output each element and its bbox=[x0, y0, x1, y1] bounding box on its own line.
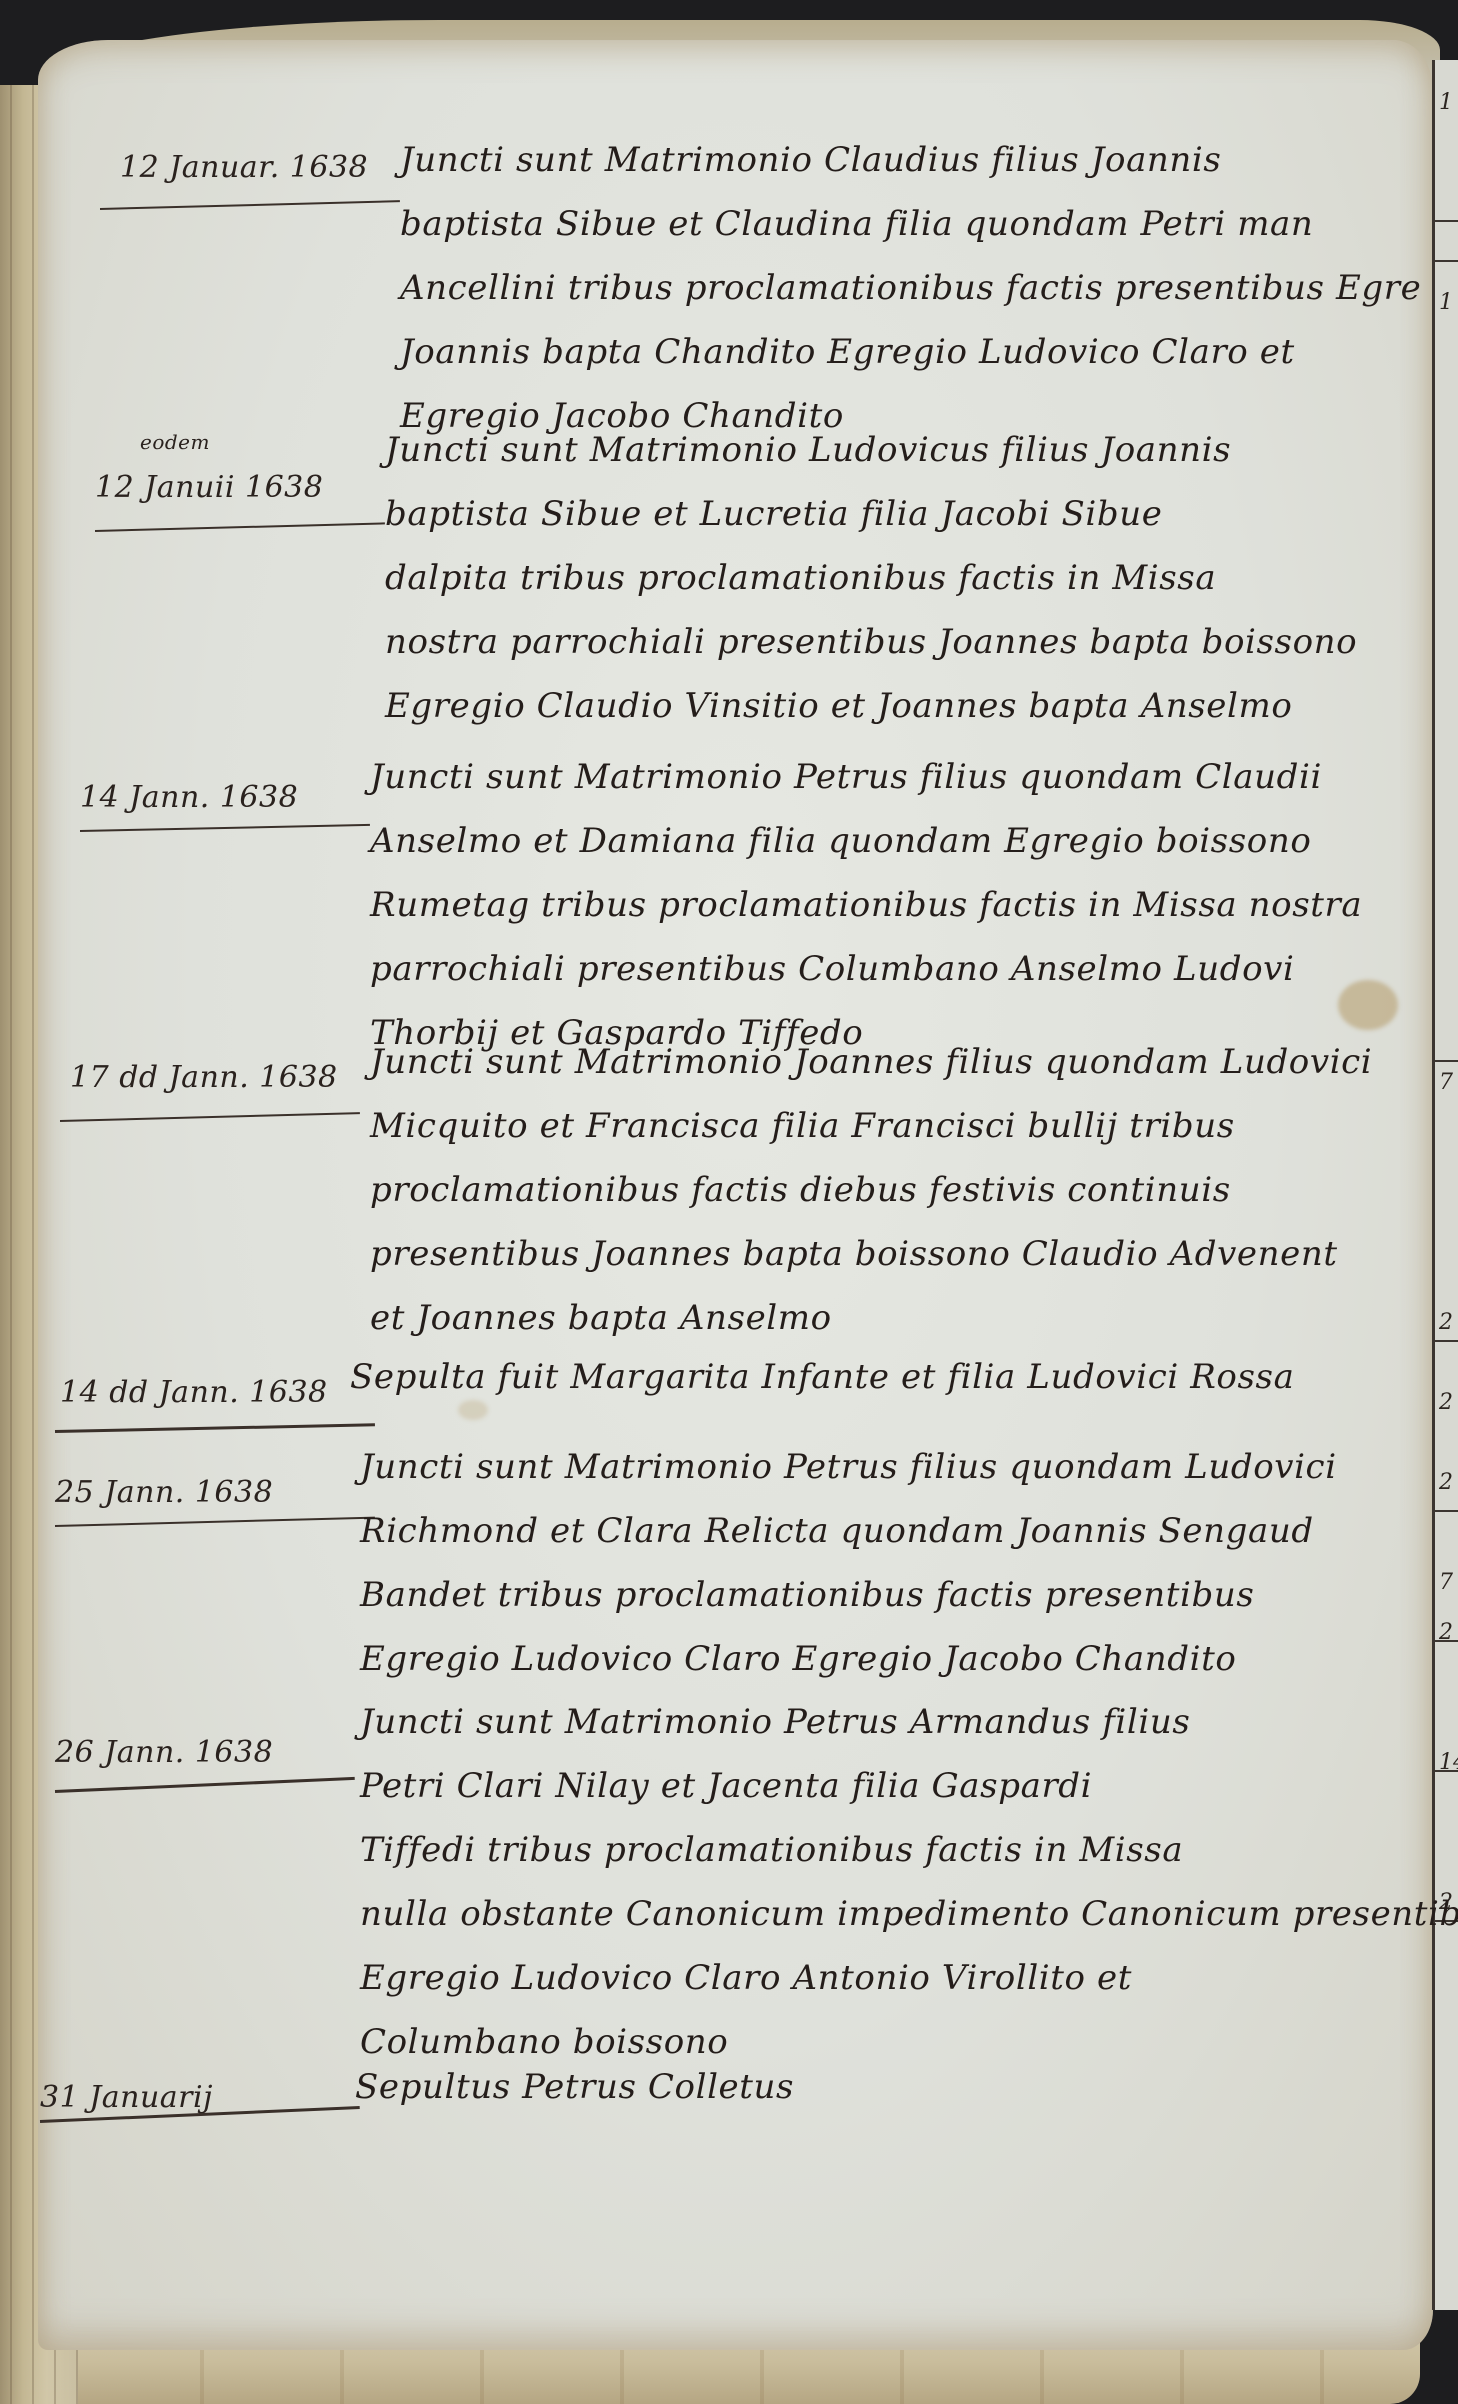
entry-line: Richmond et Clara Relicta quondam Joanni… bbox=[360, 1499, 1440, 1563]
entry-line: Tiffedi tribus proclamationibus factis i… bbox=[360, 1818, 1440, 1882]
entry-line: Egregio Ludovico Claro Egregio Jacobo Ch… bbox=[360, 1627, 1440, 1691]
entry-line: Juncti sunt Matrimonio Petrus filius quo… bbox=[370, 745, 1450, 809]
entry-line: et Joannes bapta Anselmo bbox=[370, 1286, 1450, 1350]
entry-date: 14 dd Jann. 1638 bbox=[60, 1375, 370, 1410]
entry-line: Juncti sunt Matrimonio Petrus Armandus f… bbox=[360, 1690, 1440, 1754]
scanned-register-page: 1 1 7 2 2 2 7 2 14 2 12 Januar. 1638 Jun… bbox=[0, 0, 1458, 2404]
entry-text: Juncti sunt Matrimonio Ludovicus filius … bbox=[385, 418, 1458, 738]
entry-text: Juncti sunt Matrimonio Joannes filius qu… bbox=[370, 1030, 1450, 1350]
entry-line: presentibus Joannes bapta boissono Claud… bbox=[370, 1222, 1450, 1286]
entry-date: 12 Januii 1638 bbox=[95, 470, 405, 505]
entry-text: Juncti sunt Matrimonio Claudius filius J… bbox=[400, 128, 1458, 448]
entry-date: 26 Jann. 1638 bbox=[55, 1735, 365, 1770]
entry-line: Juncti sunt Matrimonio Claudius filius J… bbox=[400, 128, 1458, 192]
adjacent-page-mark: 7 bbox=[1439, 1570, 1453, 1595]
entry-line: baptista Sibue et Claudina filia quondam… bbox=[400, 192, 1458, 256]
entry-line: parrochiali presentibus Columbano Anselm… bbox=[370, 937, 1450, 1001]
entry-date: 14 Jann. 1638 bbox=[80, 780, 390, 815]
entry-line: Bandet tribus proclamationibus factis pr… bbox=[360, 1563, 1440, 1627]
entry-text: Juncti sunt Matrimonio Petrus filius quo… bbox=[360, 1435, 1440, 1691]
entry-line: Joannis bapta Chandito Egregio Ludovico … bbox=[400, 320, 1458, 384]
entry-line: dalpita tribus proclamationibus factis i… bbox=[385, 546, 1458, 610]
entry-date: 17 dd Jann. 1638 bbox=[70, 1060, 380, 1095]
entry-line: Anselmo et Damiana filia quondam Egregio… bbox=[370, 809, 1450, 873]
entry-line: Sepulta fuit Margarita Infante et filia … bbox=[350, 1345, 1430, 1409]
adjacent-page-mark: 2 bbox=[1439, 1390, 1453, 1415]
entry-line: nulla obstante Canonicum impedimento Can… bbox=[360, 1882, 1440, 1946]
entry-line: Juncti sunt Matrimonio Ludovicus filius … bbox=[385, 418, 1458, 482]
entry-line: proclamationibus factis diebus festivis … bbox=[370, 1158, 1450, 1222]
entry-date: 25 Jann. 1638 bbox=[55, 1475, 365, 1510]
entry-date: 12 Januar. 1638 bbox=[120, 150, 430, 185]
entry-text: Sepulta fuit Margarita Infante et filia … bbox=[350, 1345, 1430, 1409]
entry-line: Sepultus Petrus Colletus bbox=[355, 2055, 1435, 2119]
entry-text: Sepultus Petrus Colletus bbox=[355, 2055, 1435, 2119]
entry-text: Juncti sunt Matrimonio Petrus filius quo… bbox=[370, 745, 1450, 1065]
entry-line: nostra parrochiali presentibus Joannes b… bbox=[385, 610, 1458, 674]
adjacent-page-mark: 2 bbox=[1439, 1470, 1453, 1495]
entry-line: Egregio Ludovico Claro Antonio Virollito… bbox=[360, 1946, 1440, 2010]
entry-line: Petri Clari Nilay et Jacenta filia Gaspa… bbox=[360, 1754, 1440, 1818]
entry-line: Ancellini tribus proclamationibus factis… bbox=[400, 256, 1458, 320]
entry-line: Egregio Claudio Vinsitio et Joannes bapt… bbox=[385, 674, 1458, 738]
adjacent-page-mark: 1 bbox=[1439, 90, 1453, 115]
entry-line: Juncti sunt Matrimonio Petrus filius quo… bbox=[360, 1435, 1440, 1499]
entry-line: Rumetag tribus proclamationibus factis i… bbox=[370, 873, 1450, 937]
entry-line: Juncti sunt Matrimonio Joannes filius qu… bbox=[370, 1030, 1450, 1094]
entry-line: baptista Sibue et Lucretia filia Jacobi … bbox=[385, 482, 1458, 546]
entry-line: Micquito et Francisca filia Francisci bu… bbox=[370, 1094, 1450, 1158]
entry-text: Juncti sunt Matrimonio Petrus Armandus f… bbox=[360, 1690, 1440, 2074]
